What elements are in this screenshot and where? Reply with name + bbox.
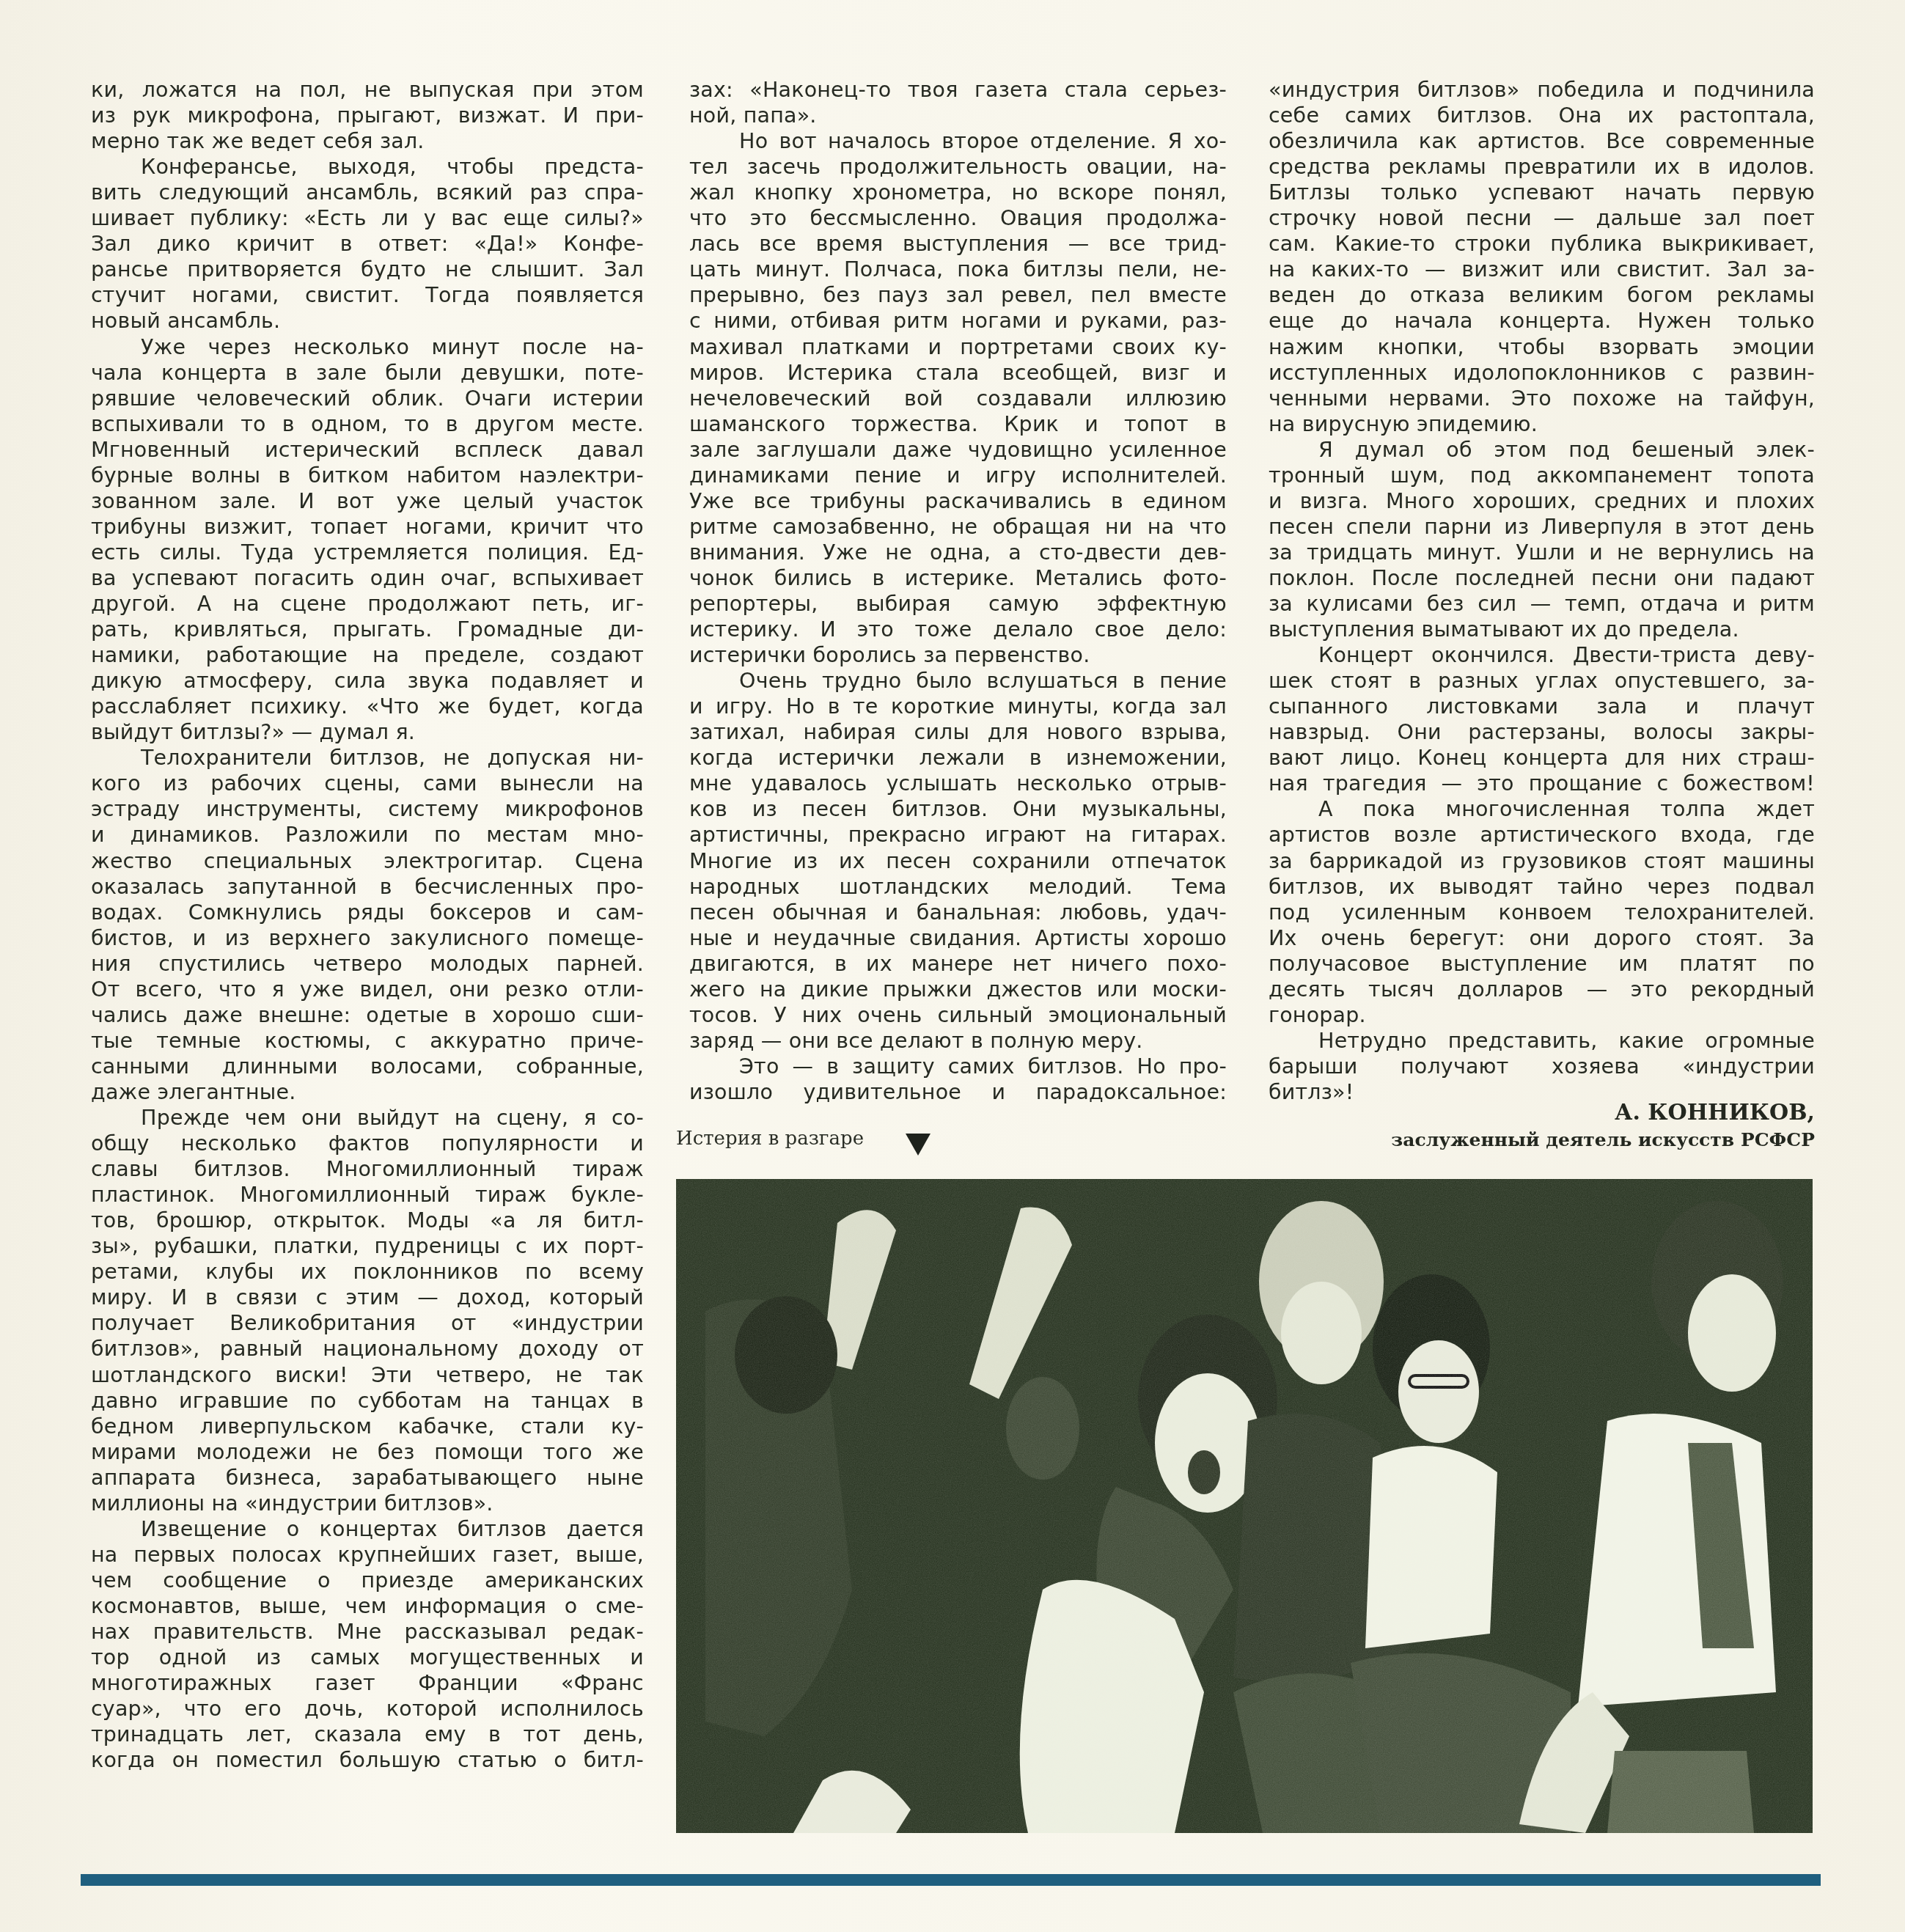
text-line: ные и неудачные свидания. Артисты хорошо [689, 925, 1227, 951]
text-line: миров. Истерика стала всеобщей, визг и [689, 360, 1227, 386]
text-line: нах правительств. Мне рассказывал редак- [91, 1619, 644, 1645]
text-line: Уже все трибуны раскачивались в едином [689, 488, 1227, 514]
text-line: зы», рубашки, платки, пудреницы с их пор… [91, 1233, 644, 1259]
text-line: эстраду инструменты, систему микрофонов [91, 796, 644, 822]
text-line: динамиками пение и игру исполнителей. [689, 463, 1227, 488]
text-line: лась все время выступления — все трид- [689, 231, 1227, 257]
text-line: сыпанного листовками зала и плачут [1269, 694, 1815, 719]
text-line: чались даже внешне: одетые в хорошо сши- [91, 1002, 644, 1028]
text-line: тые темные костюмы, с аккуратно приче- [91, 1028, 644, 1054]
text-line: вить следующий ансамбль, всякий раз спра… [91, 180, 644, 205]
text-line: бистов, и из верхнего закулисного помеще… [91, 925, 644, 951]
text-line: оказалась запутанной в бесчисленных про- [91, 874, 644, 900]
text-line: жего на дикие прыжки джестов или моски- [689, 977, 1227, 1002]
text-line: нечеловеческий вой создавали иллюзию [689, 386, 1227, 411]
text-line: Концерт окончился. Двести-триста деву- [1269, 642, 1815, 668]
text-line: зале заглушали даже чудовищно усиленное [689, 437, 1227, 463]
text-line: ва успевают погасить один очаг, вспыхива… [91, 565, 644, 591]
text-line: ченными нервами. Это похоже на тайфун, [1269, 386, 1815, 411]
text-line: махивал платками и портретами своих ку- [689, 334, 1227, 360]
text-line: рявшие человеческий облик. Очаги истерии [91, 386, 644, 411]
author-name: А. КОННИКОВ, [1615, 1100, 1815, 1125]
screaming-fans-illustration [676, 1179, 1813, 1833]
text-line: заряд — они все делают в полную меру. [689, 1028, 1227, 1054]
text-line: Это — в защиту самих битлзов. Но про- [689, 1054, 1227, 1079]
text-line: затихал, набирая силы для нового взрыва, [689, 719, 1227, 745]
text-line: когда истерички лежали в изнеможении, [689, 745, 1227, 771]
text-line: дикую атмосферу, сила звука подавляет и [91, 668, 644, 694]
text-line: другой. А на сцене продолжают петь, иг- [91, 591, 644, 617]
text-line: ной, папа». [689, 103, 1227, 128]
text-line: Конферансье, выходя, чтобы предста- [91, 154, 644, 180]
text-line: миру. И в связи с этим — доход, который [91, 1285, 644, 1310]
text-line: даже элегантные. [91, 1079, 644, 1105]
text-line: артистичны, прекрасно играют на гитарах. [689, 822, 1227, 848]
text-line: тел засечь продолжительность овации, на- [689, 154, 1227, 180]
text-line: тор одной из самых могущественных и [91, 1645, 644, 1670]
text-line: ная трагедия — это прощание с божеством! [1269, 771, 1815, 796]
down-triangle-icon [906, 1134, 931, 1156]
text-line: миллионы на «индустрии битлзов». [91, 1491, 644, 1516]
text-line: репортеры, выбирая самую эффектную [689, 591, 1227, 617]
text-line: От всего, что я уже видел, они резко отл… [91, 977, 644, 1002]
text-line: прерывно, без пауз зал ревел, пел вместе [689, 282, 1227, 308]
text-line: нажим кнопки, чтобы взорвать эмоции [1269, 334, 1815, 360]
text-line: выйдут битлзы?» — думал я. [91, 719, 644, 745]
photo-caption: Истерия в разгаре [676, 1128, 864, 1150]
text-line: расслабляет психику. «Что же будет, когд… [91, 694, 644, 719]
text-line: и игру. Но в те короткие минуты, когда з… [689, 694, 1227, 719]
text-line: пластинок. Многомиллионный тираж букле- [91, 1182, 644, 1208]
text-line: за тридцать минут. Ушли и не вернулись н… [1269, 540, 1815, 565]
text-line: на первых полосах крупнейших газет, выше… [91, 1542, 644, 1568]
text-line: вспыхивали то в одном, то в другом месте… [91, 411, 644, 437]
text-line: выступления выматывают их до предела. [1269, 617, 1815, 642]
text-line: с ними, отбивая ритм ногами и руками, ра… [689, 308, 1227, 334]
text-line: бурные волны в битком набитом наэлектри- [91, 463, 644, 488]
text-line: изошло удивительное и парадоксальное: [689, 1079, 1227, 1105]
text-line: Очень трудно было вслушаться в пение [689, 668, 1227, 694]
text-line: бедном ливерпульском кабачке, стали ку- [91, 1414, 644, 1439]
text-line: мерно так же ведет себя зал. [91, 128, 644, 154]
text-line: артистов возле артистического входа, где [1269, 822, 1815, 848]
text-line: Нетрудно представить, какие огромные [1269, 1028, 1815, 1054]
text-line: шаманского торжества. Крик и топот в [689, 411, 1227, 437]
text-line: что это бессмысленно. Овация продолжа- [689, 205, 1227, 231]
text-line: аппарата бизнеса, зарабатывающего ныне [91, 1465, 644, 1491]
text-line: трибуны визжит, топает ногами, кричит чт… [91, 514, 644, 540]
text-line: общу несколько фактов популярности и [91, 1131, 644, 1156]
text-line: получает Великобритания от «индустрии [91, 1310, 644, 1336]
text-line: рансье притворяется будто не слышит. Зал [91, 257, 644, 282]
concert-photo [676, 1179, 1813, 1833]
text-line: и динамиков. Разложили по местам мно- [91, 822, 644, 848]
text-line: суар», что его дочь, которой исполнилось [91, 1696, 644, 1722]
text-line: за кулисами без сил — темп, отдача и рит… [1269, 591, 1815, 617]
text-line: новый ансамбль. [91, 308, 644, 334]
text-line: зах: «Наконец-то твоя газета стала серье… [689, 77, 1227, 103]
text-line: тронный шум, под аккомпанемент топота [1269, 463, 1815, 488]
text-line: ритме самозабвенно, не обращая ни на что [689, 514, 1227, 540]
text-line: битлзов», равный национальному доходу от [91, 1336, 644, 1362]
text-line: ков из песен битлзов. Они музыкальны, [689, 796, 1227, 822]
text-line: народных шотландских мелодий. Тема [689, 874, 1227, 900]
text-line: получасовое выступление им платят по [1269, 951, 1815, 977]
text-line: барыши получают хозяева «индустрии [1269, 1054, 1815, 1079]
text-line: внимания. Уже не одна, а сто-двести дев- [689, 540, 1227, 565]
text-line: Битлзы только успевают начать первую [1269, 180, 1815, 205]
text-line: Их очень берегут: они дорого стоят. За [1269, 925, 1815, 951]
text-line: «индустрия битлзов» победила и подчинила [1269, 77, 1815, 103]
text-line: чала концерта в зале были девушки, поте- [91, 360, 644, 386]
text-line: обезличила как артистов. Все современные [1269, 128, 1815, 154]
text-line: песен обычная и банальная: любовь, удач- [689, 900, 1227, 925]
text-line: зованном зале. И вот уже целый участок [91, 488, 644, 514]
text-line: Прежде чем они выйдут на сцену, я со- [91, 1105, 644, 1131]
text-line: ретами, клубы их поклонников по всему [91, 1259, 644, 1285]
text-line: двигаются, в их манере нет ничего похо- [689, 951, 1227, 977]
text-line: тосов. У них очень сильный эмоциональный [689, 1002, 1227, 1028]
text-line: исступленных идолопоклонников с развин- [1269, 360, 1815, 386]
text-line: строчку новой песни — дальше зал поет [1269, 205, 1815, 231]
text-line: санными длинными волосами, собранные, [91, 1054, 644, 1079]
text-line: жал кнопку хронометра, но вскоре понял, [689, 180, 1227, 205]
text-line: Но вот началось второе отделение. Я хо- [689, 128, 1227, 154]
text-line: кого из рабочих сцены, сами вынесли на [91, 771, 644, 796]
text-line: шивает публику: «Есть ли у вас еще силы?… [91, 205, 644, 231]
text-line: славы битлзов. Многомиллионный тираж [91, 1156, 644, 1182]
text-line: истерику. И это тоже делало свое дело: [689, 617, 1227, 642]
text-line: Зал дико кричит в ответ: «Да!» Конфе- [91, 231, 644, 257]
text-line: чонок бились в истерике. Метались фото- [689, 565, 1227, 591]
text-line: под усиленным конвоем телохранителей. [1269, 900, 1815, 925]
text-line: гонорар. [1269, 1002, 1815, 1028]
text-line: цать минут. Полчаса, пока битлзы пели, н… [689, 257, 1227, 282]
text-line: мирами молодежи не без помощи того же [91, 1439, 644, 1465]
text-line: когда он поместил большую статью о битл- [91, 1747, 644, 1773]
text-line: веден до отказа великим богом рекламы [1269, 282, 1815, 308]
text-line: навзрыд. Они растерзаны, волосы закры- [1269, 719, 1815, 745]
text-line: на вирусную эпидемию. [1269, 411, 1815, 437]
text-line: Телохранители битлзов, не допуская ни- [91, 745, 644, 771]
text-line: ки, ложатся на пол, не выпуская при этом [91, 77, 644, 103]
text-line: битлзов, их выводят тайно через подвал [1269, 874, 1815, 900]
text-line: Я думал об этом под бешеный элек- [1269, 437, 1815, 463]
text-line: рать, кривляться, прыгать. Громадные ди- [91, 617, 644, 642]
text-line: тов, брошюр, открыток. Моды «а ля битл- [91, 1208, 644, 1233]
text-line: песен спели парни из Ливерпуля в этот де… [1269, 514, 1815, 540]
text-line: тринадцать лет, сказала ему в тот день, [91, 1722, 644, 1747]
text-line: за баррикадой из грузовиков стоят машины [1269, 848, 1815, 874]
text-line: сам. Какие-то строки публика выкрикивает… [1269, 231, 1815, 257]
text-line: многотиражных газет Франции «Франс [91, 1670, 644, 1696]
text-line: чем сообщение о приезде американских [91, 1568, 644, 1593]
text-line: на каких-то — визжит или свистит. Зал за… [1269, 257, 1815, 282]
text-line: водах. Сомкнулись ряды боксеров и сам- [91, 900, 644, 925]
text-line: шек стоят в разных углах опустевшего, за… [1269, 668, 1815, 694]
text-line: мне удавалось услышать несколько отрыв- [689, 771, 1227, 796]
text-line: А пока многочисленная толпа ждет [1269, 796, 1815, 822]
text-line: намики, работающие на пределе, создают [91, 642, 644, 668]
text-line: ния спустились четверо молодых парней. [91, 951, 644, 977]
text-line: еще до начала концерта. Нужен только [1269, 308, 1815, 334]
text-line: Мгновенный истерический всплеск давал [91, 437, 644, 463]
text-line: истерички боролись за первенство. [689, 642, 1227, 668]
text-line: десять тысяч долларов — это рекордный [1269, 977, 1815, 1002]
author-title: заслуженный деятель искусств РСФСР [1391, 1129, 1815, 1150]
text-line: средства рекламы превратили их в идолов. [1269, 154, 1815, 180]
text-line: и визга. Много хороших, средних и плохих [1269, 488, 1815, 514]
text-line: стучит ногами, свистит. Тогда появляется [91, 282, 644, 308]
text-line: себе самих битлзов. Она их растоптала, [1269, 103, 1815, 128]
bottom-color-rule [81, 1874, 1821, 1886]
text-line: космонавтов, выше, чем информация о сме- [91, 1593, 644, 1619]
text-line: Извещение о концертах битлзов дается [91, 1516, 644, 1542]
text-line: из рук микрофона, прыгают, визжат. И при… [91, 103, 644, 128]
text-line: поклон. После последней песни они падают [1269, 565, 1815, 591]
text-line: есть силы. Туда устремляется полиция. Ед… [91, 540, 644, 565]
text-line: шотландского виски! Эти четверо, не так [91, 1362, 644, 1388]
text-line: Уже через несколько минут после на- [91, 334, 644, 360]
text-line: вают лицо. Конец концерта для них страш- [1269, 745, 1815, 771]
text-line: давно игравшие по субботам на танцах в [91, 1388, 644, 1414]
text-line: Многие из их песен сохранили отпечаток [689, 848, 1227, 874]
magazine-page: ки, ложатся на пол, не выпуская при этом… [0, 0, 1905, 1932]
text-line: жество специальных электрогитар. Сцена [91, 848, 644, 874]
